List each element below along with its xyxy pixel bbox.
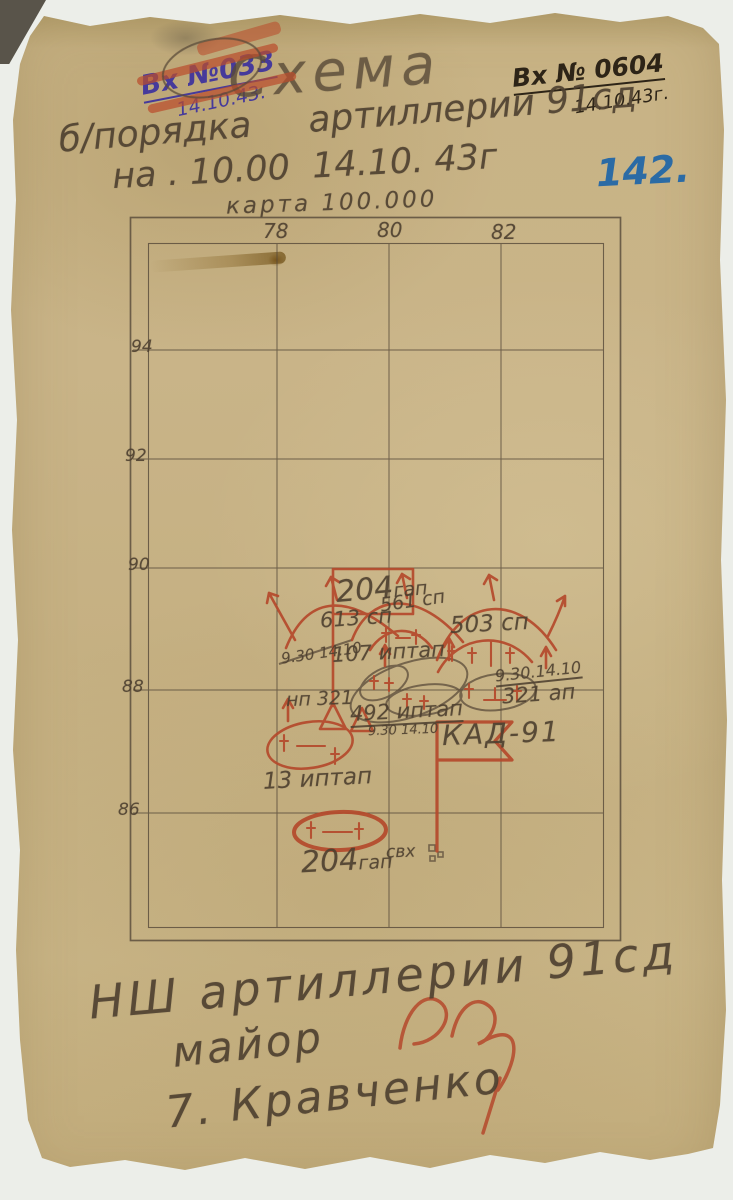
unit-label-321ap: 321 ап xyxy=(501,681,576,707)
grid-row-label: 94 xyxy=(131,339,153,356)
time-note-492: 9.30 14.10 xyxy=(368,723,439,738)
unit-label-204gap-bottom: 204гап xyxy=(300,844,393,879)
grid-col-label: 78 xyxy=(263,221,288,241)
grid-row-label: 86 xyxy=(118,802,140,819)
unit-label-kad91: КАД-91 xyxy=(442,718,562,750)
unit-number: 204 xyxy=(300,842,359,880)
unit-label-107iptap: 107 иптап xyxy=(332,639,446,666)
unit-label-13iptap: 13 иптап xyxy=(262,765,372,794)
unit-label-np321: нп 321 xyxy=(286,689,354,710)
grid-col-label: 82 xyxy=(491,222,516,242)
map-label-sovkhoz: свх xyxy=(386,843,416,861)
grid-row-label: 88 xyxy=(122,679,144,696)
unit-label-613sp: 613 сп xyxy=(319,606,392,632)
unit-label-503sp: 503 сп xyxy=(449,611,529,638)
page-number-blue: 142. xyxy=(595,150,691,193)
grid-row-label: 92 xyxy=(125,448,147,465)
grid-col-label: 80 xyxy=(377,220,402,240)
stain-blob xyxy=(266,252,286,268)
grid-row-label: 90 xyxy=(128,557,150,574)
scanned-document-page: { "header": { "stamp_left": { "number": … xyxy=(0,0,733,1200)
